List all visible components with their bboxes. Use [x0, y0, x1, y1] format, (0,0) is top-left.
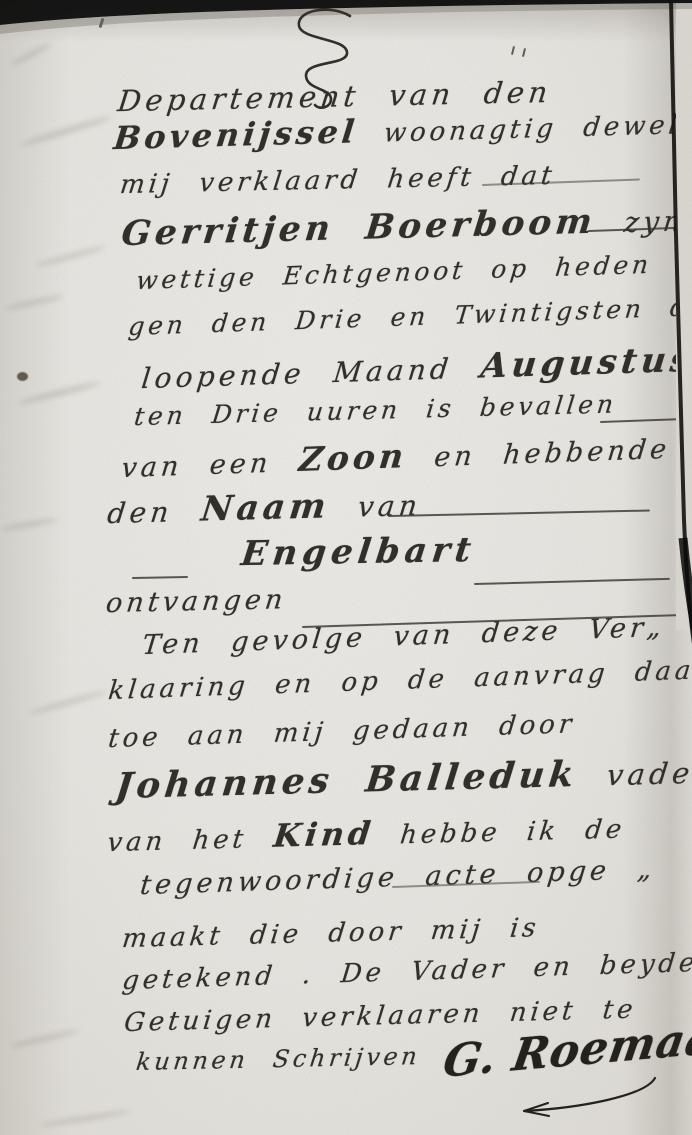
text-run: van — [328, 489, 423, 525]
bleed-through-mark — [35, 245, 106, 268]
text-run: woonagtig dewelke — [356, 109, 692, 149]
text-run: mij verklaard heeft dat — [118, 161, 557, 200]
text-run: wettige Echtgenoot op heden mor„ — [135, 247, 692, 296]
text-run: ten Drie uuren is bevallen — [133, 389, 619, 431]
handwriting-line: ontvangen — [104, 584, 288, 619]
handwriting-line: Ten gevolge van deze Ver„ — [141, 612, 667, 661]
text-run: zyn — [594, 204, 687, 239]
bleed-through-mark — [0, 517, 58, 532]
handwriting-line: gen den Drie en Twintigsten der — [127, 291, 692, 341]
text-run: Engelbart — [239, 530, 478, 574]
text-run: Bovenijssel — [112, 113, 360, 157]
text-run: klaaring en op de aanvrag daar„ — [107, 654, 692, 706]
bleed-through-mark — [17, 380, 102, 407]
text-run: ontvangen — [104, 584, 288, 619]
signature-flourish — [524, 1078, 655, 1111]
handwriting-line: mij verklaard heeft dat — [118, 161, 557, 200]
handwriting-line: loopende Maand Augustus — [140, 340, 692, 397]
bleed-through-mark — [19, 114, 113, 148]
text-run: Augustus — [479, 340, 692, 387]
text-run: hebbe ik de — [372, 814, 627, 851]
text-run: Zoon — [297, 436, 409, 479]
handwriting-line: klaaring en op de aanvrag daar„ — [107, 654, 692, 706]
scanned-document-page: Departement van den Bovenijssel woonagti… — [0, 0, 692, 1135]
text-run: den — [106, 495, 203, 531]
ink-spot — [522, 48, 526, 57]
text-run: Kind — [272, 815, 377, 855]
handwriting-line: getekend . De Vader en beyde — [121, 948, 692, 996]
page-edge-line — [671, 0, 692, 656]
handwriting-line: Johannes Balleduk vader — [113, 750, 692, 807]
handwriting-line: toe aan mij gedaan door — [107, 709, 577, 754]
ink-spot — [511, 46, 515, 55]
text-run: getekend . De Vader en beyde — [121, 948, 692, 996]
ink-stroke — [388, 510, 650, 517]
handwriting-line: tegenwoordige acte opge „ — [139, 854, 658, 901]
text-run: tegenwoordige acte opge „ — [139, 854, 658, 901]
handwriting-line: maakt die door mij is — [121, 913, 542, 954]
ink-stroke — [132, 576, 188, 579]
text-run: maakt die door mij is — [121, 913, 542, 954]
handwriting-line: den Naam van — [105, 484, 423, 532]
text-run: van het — [106, 824, 275, 858]
bleed-through-mark — [10, 1028, 79, 1049]
text-run: en hebbende — [405, 434, 672, 474]
handwriting-line: van het Kind hebbe ik de — [106, 808, 628, 859]
bleed-through-mark — [29, 689, 107, 716]
text-run: Ten gevolge van deze Ver„ — [141, 612, 667, 661]
scan-edge-top — [0, 0, 692, 25]
text-run: kunnen Schrijven . — [135, 1041, 458, 1076]
handwriting-line: van een Zoon en hebbende — [120, 427, 673, 485]
text-run: gen den Drie en Twintigsten der — [127, 291, 692, 341]
text-run: Gerritjen Boerboom — [119, 202, 598, 255]
ink-spot — [17, 372, 28, 381]
bleed-through-mark — [4, 294, 64, 311]
ink-stroke — [600, 418, 686, 423]
text-run: toe aan mij gedaan door — [107, 709, 577, 754]
text-run: loopende Maand — [140, 351, 483, 395]
bleed-through-mark — [10, 41, 53, 67]
text-run: Naam — [199, 486, 332, 529]
page-edge-line-thick — [683, 538, 692, 654]
handwriting-line: Gerritjen Boerboom zyn — [119, 199, 688, 254]
bleed-through-mark — [40, 1109, 130, 1128]
handwriting-line: wettige Echtgenoot op heden mor„ — [135, 247, 692, 296]
signature-flourish-arrowhead — [524, 1103, 549, 1116]
handwriting-line: ten Drie uuren is bevallen — [133, 389, 619, 431]
text-run: van een — [120, 447, 301, 484]
handwriting-line: Engelbart — [239, 530, 478, 574]
ink-spot — [99, 18, 105, 28]
text-run: vader — [576, 755, 692, 793]
text-run: Johannes Balleduk — [113, 754, 580, 807]
handwriting-line: kunnen Schrijven . — [135, 1041, 458, 1076]
ink-stroke — [474, 578, 670, 585]
